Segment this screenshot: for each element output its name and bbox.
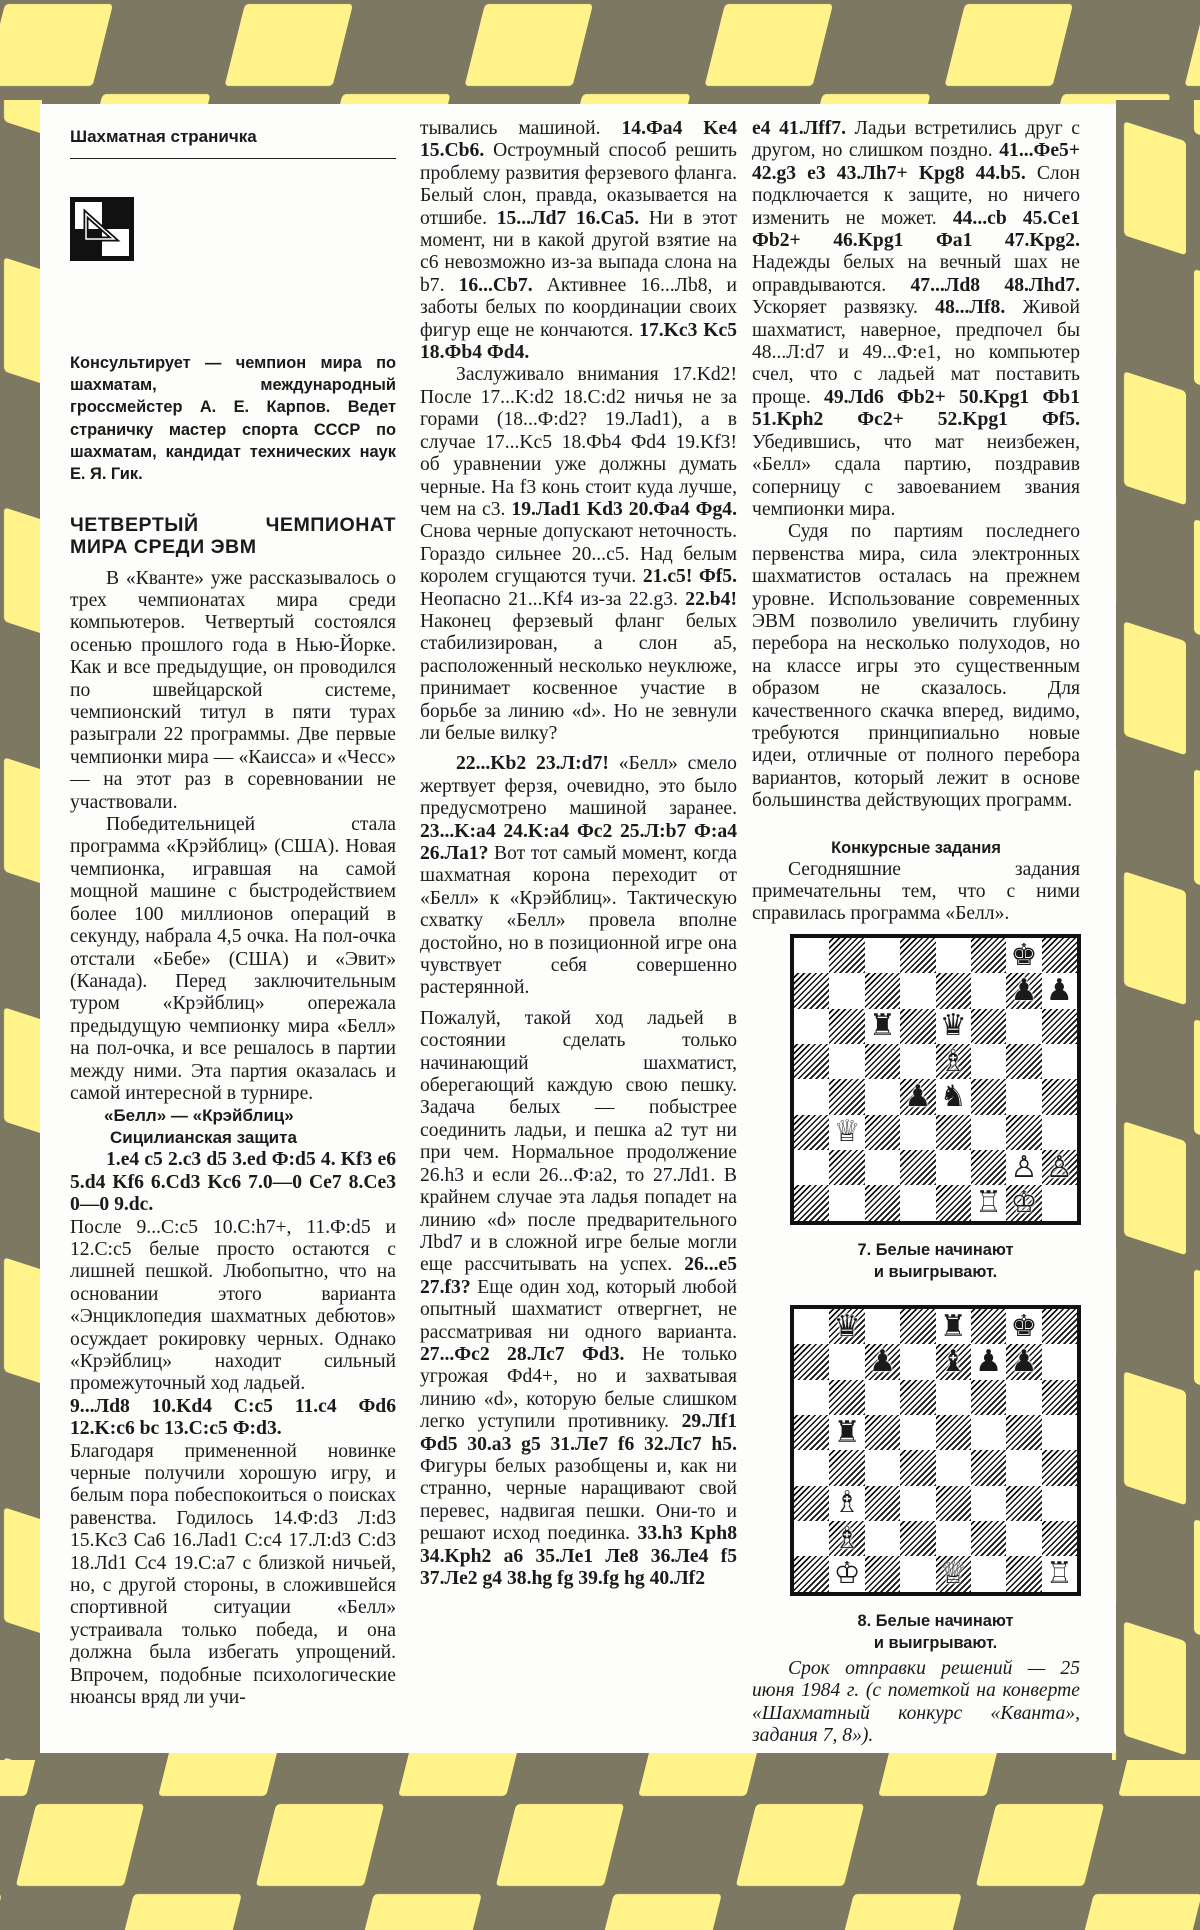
square-a7 bbox=[794, 973, 829, 1008]
square-g1: ♔ bbox=[1006, 1185, 1041, 1220]
chess-piece-icon: ♝ bbox=[939, 1347, 968, 1377]
square-a6 bbox=[794, 1009, 829, 1044]
chess-piece-icon: ♜ bbox=[939, 1312, 968, 1342]
chess-piece-icon: ♕ bbox=[939, 1559, 968, 1589]
square-g8: ♚ bbox=[1006, 938, 1041, 973]
square-a5 bbox=[794, 1044, 829, 1079]
square-h2 bbox=[1042, 1521, 1077, 1556]
game-moves: 16...Cb7. bbox=[459, 275, 533, 296]
square-h2: ♙ bbox=[1042, 1150, 1077, 1185]
square-g4 bbox=[1006, 1450, 1041, 1485]
consultant-note: Консультирует — чемпион мира по шахматам… bbox=[70, 352, 396, 486]
square-h6 bbox=[1042, 1009, 1077, 1044]
square-h8 bbox=[1042, 1309, 1077, 1344]
square-a4 bbox=[794, 1079, 829, 1114]
chess-board-8: ♛♜♚♟♝♟♟♜♗♗♔♕♖ bbox=[790, 1305, 1081, 1596]
article-title: ЧЕТВЕРТЫЙ ЧЕМПИОНАТ МИРА СРЕДИ ЭВМ bbox=[70, 514, 396, 558]
square-b2: ♗ bbox=[829, 1521, 864, 1556]
square-d1 bbox=[900, 1185, 935, 1220]
square-b3: ♗ bbox=[829, 1486, 864, 1521]
paragraph: e4 41.Лff7. Ладьи встретились друг с дру… bbox=[752, 118, 1080, 521]
chess-piece-icon: ♙ bbox=[1045, 1153, 1074, 1183]
chess-piece-icon: ♟ bbox=[974, 1347, 1003, 1377]
square-h4 bbox=[1042, 1079, 1077, 1114]
game-moves: 21.c5! Фf5. bbox=[643, 566, 737, 587]
square-g4 bbox=[1006, 1079, 1041, 1114]
square-a8 bbox=[794, 938, 829, 973]
contest-intro: Сегодняшние задания примечательны тем, ч… bbox=[752, 859, 1080, 926]
square-c7: ♟ bbox=[865, 1344, 900, 1379]
square-f2 bbox=[971, 1150, 1006, 1185]
square-d8 bbox=[900, 1309, 935, 1344]
problem-7: ♚♟♟♜♛♗♟♞♕♙♙♖♔ 7. Белые начинают и выигры… bbox=[790, 934, 1081, 1283]
chess-piece-icon: ♗ bbox=[939, 1047, 968, 1077]
square-c8 bbox=[865, 938, 900, 973]
game-title: «Белл» — «Крэйблиц» bbox=[70, 1105, 396, 1127]
square-e1: ♕ bbox=[936, 1556, 971, 1591]
square-f3 bbox=[971, 1486, 1006, 1521]
chess-piece-icon: ♜ bbox=[833, 1418, 862, 1448]
chess-piece-icon: ♟ bbox=[868, 1347, 897, 1377]
square-g1 bbox=[1006, 1556, 1041, 1591]
square-f3 bbox=[971, 1115, 1006, 1150]
square-d6 bbox=[900, 1380, 935, 1415]
square-h4 bbox=[1042, 1450, 1077, 1485]
square-c3 bbox=[865, 1115, 900, 1150]
square-a4 bbox=[794, 1450, 829, 1485]
text: Заслуживало внимания 17.Kd2! После 17...… bbox=[420, 364, 737, 519]
column-2: тывались машиной. 14.Фa4 Ke4 15.Cb6. Ост… bbox=[420, 118, 737, 1590]
square-e7 bbox=[936, 973, 971, 1008]
square-f8 bbox=[971, 1309, 1006, 1344]
chess-piece-icon: ♗ bbox=[833, 1488, 862, 1518]
paragraph: тывались машиной. 14.Фa4 Ke4 15.Cb6. Ост… bbox=[420, 118, 737, 364]
square-g2 bbox=[1006, 1521, 1041, 1556]
square-g7: ♟ bbox=[1006, 1344, 1041, 1379]
problem-8: ♛♜♚♟♝♟♟♜♗♗♔♕♖ 8. Белые начинают и выигры… bbox=[790, 1305, 1081, 1654]
square-c3 bbox=[865, 1486, 900, 1521]
square-a6 bbox=[794, 1380, 829, 1415]
square-c5 bbox=[865, 1044, 900, 1079]
chess-board-7: ♚♟♟♜♛♗♟♞♕♙♙♖♔ bbox=[790, 934, 1081, 1225]
chess-piece-icon: ♖ bbox=[1045, 1559, 1074, 1589]
square-d3 bbox=[900, 1486, 935, 1521]
square-h1 bbox=[1042, 1185, 1077, 1220]
square-b1 bbox=[829, 1185, 864, 1220]
square-e5: ♗ bbox=[936, 1044, 971, 1079]
square-c4 bbox=[865, 1079, 900, 1114]
paragraph: В «Кванте» уже рассказывалось о трех чем… bbox=[70, 568, 396, 814]
square-f7: ♟ bbox=[971, 1344, 1006, 1379]
square-h8 bbox=[1042, 938, 1077, 973]
square-a1 bbox=[794, 1556, 829, 1591]
column-1: Шахматная страничка Консультирует — чемп… bbox=[70, 104, 396, 1710]
square-d1 bbox=[900, 1556, 935, 1591]
text: Неопасно 21...Kf4 из-за 22.g3. bbox=[420, 589, 678, 610]
chess-piece-icon: ♟ bbox=[1009, 976, 1038, 1006]
square-e5 bbox=[936, 1415, 971, 1450]
paragraph: Благодаря примененной новинке черные пол… bbox=[70, 1441, 396, 1710]
square-d5 bbox=[900, 1044, 935, 1079]
game-opening: Сицилианская защита bbox=[70, 1127, 396, 1149]
paragraph: Пожалуй, такой ход ладьей в состоянии сд… bbox=[420, 1008, 737, 1591]
square-a3 bbox=[794, 1115, 829, 1150]
square-e6: ♛ bbox=[936, 1009, 971, 1044]
square-c7 bbox=[865, 973, 900, 1008]
square-g5 bbox=[1006, 1415, 1041, 1450]
square-b6 bbox=[829, 1380, 864, 1415]
game-moves: 1.e4 c5 2.c3 d5 3.ed Ф:d5 4. Kf3 e6 5.d4… bbox=[70, 1149, 396, 1216]
game-moves: 9...Лd8 10.Kd4 C:c5 11.c4 Фd6 12.K:c6 bc… bbox=[70, 1396, 396, 1441]
square-e6 bbox=[936, 1380, 971, 1415]
chess-piece-icon: ♙ bbox=[1009, 1153, 1038, 1183]
square-d8 bbox=[900, 938, 935, 973]
chess-piece-icon: ♟ bbox=[1045, 976, 1074, 1006]
square-h3 bbox=[1042, 1115, 1077, 1150]
square-d3 bbox=[900, 1115, 935, 1150]
square-b4 bbox=[829, 1079, 864, 1114]
square-f1: ♖ bbox=[971, 1185, 1006, 1220]
chess-piece-icon: ♚ bbox=[1009, 1312, 1038, 1342]
square-a7 bbox=[794, 1344, 829, 1379]
square-e4 bbox=[936, 1450, 971, 1485]
square-g3 bbox=[1006, 1486, 1041, 1521]
square-e8: ♜ bbox=[936, 1309, 971, 1344]
square-g7: ♟ bbox=[1006, 973, 1041, 1008]
square-f4 bbox=[971, 1079, 1006, 1114]
square-c6 bbox=[865, 1380, 900, 1415]
caption-line: и выигрывают. bbox=[790, 1632, 1081, 1654]
square-f1 bbox=[971, 1556, 1006, 1591]
text: Вот тот самый момент, когда шахматная ко… bbox=[420, 843, 737, 998]
square-h7: ♟ bbox=[1042, 973, 1077, 1008]
square-h5 bbox=[1042, 1415, 1077, 1450]
square-c2 bbox=[865, 1521, 900, 1556]
square-b7 bbox=[829, 973, 864, 1008]
square-h6 bbox=[1042, 1380, 1077, 1415]
chess-piece-icon: ♛ bbox=[939, 1011, 968, 1041]
game-moves: 27...Фc2 28.Лc7 Фd3. bbox=[420, 1344, 624, 1365]
square-f5 bbox=[971, 1044, 1006, 1079]
square-g6 bbox=[1006, 1009, 1041, 1044]
text: Пожалуй, такой ход ладьей в состоянии сд… bbox=[420, 1008, 737, 1275]
text: Ускоряет развязку. bbox=[752, 297, 918, 318]
square-d6 bbox=[900, 1009, 935, 1044]
chess-piece-icon: ♚ bbox=[1009, 941, 1038, 971]
square-g6 bbox=[1006, 1380, 1041, 1415]
square-f4 bbox=[971, 1450, 1006, 1485]
square-e2 bbox=[936, 1150, 971, 1185]
square-b7 bbox=[829, 1344, 864, 1379]
chess-piece-icon: ♔ bbox=[833, 1559, 862, 1589]
paragraph: 22...Kb2 23.Л:d7! «Белл» смело жертвует … bbox=[420, 753, 737, 999]
square-e3 bbox=[936, 1115, 971, 1150]
square-b1: ♔ bbox=[829, 1556, 864, 1591]
square-f8 bbox=[971, 938, 1006, 973]
game-moves: 47...Лd8 48.Лhd7. bbox=[911, 275, 1081, 296]
square-e3 bbox=[936, 1486, 971, 1521]
square-c2 bbox=[865, 1150, 900, 1185]
submission-deadline: Срок отправки решений — 25 июня 1984 г. … bbox=[752, 1658, 1080, 1748]
square-b2 bbox=[829, 1150, 864, 1185]
square-h5 bbox=[1042, 1044, 1077, 1079]
chess-page-logo-icon bbox=[70, 197, 134, 261]
square-a2 bbox=[794, 1150, 829, 1185]
square-e7: ♝ bbox=[936, 1344, 971, 1379]
paragraph: Судя по партиям последнего первенства ми… bbox=[752, 521, 1080, 812]
caption-line: 8. Белые начинают bbox=[790, 1610, 1081, 1632]
problem-caption: 7. Белые начинают и выигрывают. bbox=[790, 1239, 1081, 1283]
square-a3 bbox=[794, 1486, 829, 1521]
square-h7 bbox=[1042, 1344, 1077, 1379]
chess-piece-icon: ♜ bbox=[868, 1011, 897, 1041]
chess-piece-icon: ♕ bbox=[833, 1117, 862, 1147]
square-b6 bbox=[829, 1009, 864, 1044]
square-c1 bbox=[865, 1185, 900, 1220]
paragraph: После 9...C:c5 10.C:h7+, 11.Ф:d5 и 12.C:… bbox=[70, 1217, 396, 1396]
square-c1 bbox=[865, 1556, 900, 1591]
chess-piece-icon: ♟ bbox=[1009, 1347, 1038, 1377]
square-b5 bbox=[829, 1044, 864, 1079]
square-d7 bbox=[900, 973, 935, 1008]
chess-piece-icon: ♟ bbox=[903, 1082, 932, 1112]
square-a1 bbox=[794, 1185, 829, 1220]
square-f5 bbox=[971, 1415, 1006, 1450]
square-a8 bbox=[794, 1309, 829, 1344]
problem-caption: 8. Белые начинают и выигрывают. bbox=[790, 1610, 1081, 1654]
game-moves: 48...Лf8. bbox=[935, 297, 1005, 318]
square-h3 bbox=[1042, 1486, 1077, 1521]
column-3: e4 41.Лff7. Ладьи встретились друг с дру… bbox=[752, 118, 1080, 1747]
square-g8: ♚ bbox=[1006, 1309, 1041, 1344]
square-c5 bbox=[865, 1415, 900, 1450]
square-c6: ♜ bbox=[865, 1009, 900, 1044]
magazine-page: Шахматная страничка Консультирует — чемп… bbox=[40, 104, 1116, 1753]
game-moves: 15...Лd7 16.Ca5. bbox=[497, 208, 639, 229]
square-a2 bbox=[794, 1521, 829, 1556]
text: Убедившись, что мат неизбежен, «Белл» сд… bbox=[752, 432, 1080, 520]
square-g2: ♙ bbox=[1006, 1150, 1041, 1185]
square-f6 bbox=[971, 1009, 1006, 1044]
chess-piece-icon: ♗ bbox=[833, 1524, 862, 1554]
square-b3: ♕ bbox=[829, 1115, 864, 1150]
square-c4 bbox=[865, 1450, 900, 1485]
square-c8 bbox=[865, 1309, 900, 1344]
square-d7 bbox=[900, 1344, 935, 1379]
square-b8 bbox=[829, 938, 864, 973]
text: тывались машиной. bbox=[420, 118, 601, 139]
square-f7 bbox=[971, 973, 1006, 1008]
square-f2 bbox=[971, 1521, 1006, 1556]
square-d5 bbox=[900, 1415, 935, 1450]
square-d2 bbox=[900, 1521, 935, 1556]
square-h1: ♖ bbox=[1042, 1556, 1077, 1591]
game-moves: e4 41.Лff7. bbox=[752, 118, 846, 139]
square-d4 bbox=[900, 1450, 935, 1485]
contest-heading: Конкурсные задания bbox=[752, 837, 1080, 859]
caption-line: и выигрывают. bbox=[790, 1261, 1081, 1283]
square-g5 bbox=[1006, 1044, 1041, 1079]
chess-piece-icon: ♖ bbox=[974, 1188, 1003, 1218]
square-d2 bbox=[900, 1150, 935, 1185]
square-a5 bbox=[794, 1415, 829, 1450]
square-g3 bbox=[1006, 1115, 1041, 1150]
caption-line: 7. Белые начинают bbox=[790, 1239, 1081, 1261]
paragraph: Победительницей стала программа «Крэйбли… bbox=[70, 814, 396, 1105]
chess-piece-icon: ♛ bbox=[833, 1312, 862, 1342]
square-e8 bbox=[936, 938, 971, 973]
game-moves: 19.Лad1 Kd3 20.Фa4 Фg4. bbox=[511, 499, 737, 520]
rubric-title: Шахматная страничка bbox=[70, 126, 396, 159]
square-d4: ♟ bbox=[900, 1079, 935, 1114]
chess-piece-icon: ♔ bbox=[1009, 1188, 1038, 1218]
square-f6 bbox=[971, 1380, 1006, 1415]
square-e4: ♞ bbox=[936, 1079, 971, 1114]
square-b8: ♛ bbox=[829, 1309, 864, 1344]
square-e2 bbox=[936, 1521, 971, 1556]
game-moves: 22...Kb2 23.Л:d7! bbox=[456, 753, 609, 774]
text: Наконец ферзевый фланг белых стабилизиро… bbox=[420, 611, 737, 744]
paragraph: Заслуживало внимания 17.Kd2! После 17...… bbox=[420, 364, 737, 745]
game-moves: 22.b4! bbox=[685, 589, 737, 610]
square-e1 bbox=[936, 1185, 971, 1220]
square-b4 bbox=[829, 1450, 864, 1485]
chess-piece-icon: ♞ bbox=[939, 1082, 968, 1112]
square-b5: ♜ bbox=[829, 1415, 864, 1450]
